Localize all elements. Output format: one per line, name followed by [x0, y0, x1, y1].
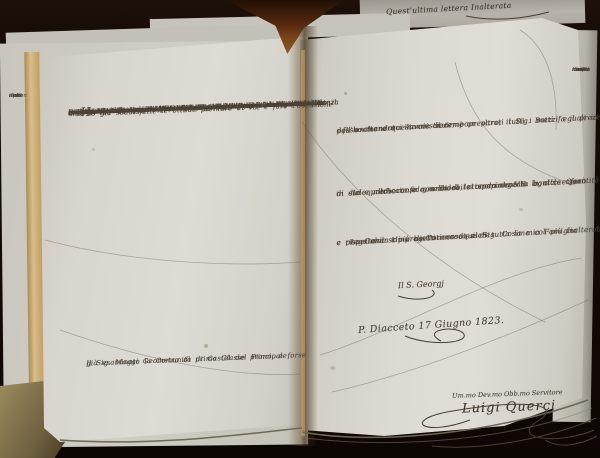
ink-stain: [519, 208, 523, 211]
ink-stain: [344, 92, 347, 95]
signature-name: Luigi Querci: [462, 398, 557, 416]
hand-line: Sandrai.: [68, 105, 100, 120]
left-page: [30, 28, 308, 450]
ink-stain: [204, 344, 208, 348]
hand-line: al: [13, 84, 18, 109]
hand-line: e dal: [576, 58, 590, 82]
ink-stain: [92, 148, 95, 151]
manuscript-photo: chnonladipersicheilconstanedial nellaRua…: [0, 0, 600, 458]
ink-stain: [330, 366, 335, 370]
